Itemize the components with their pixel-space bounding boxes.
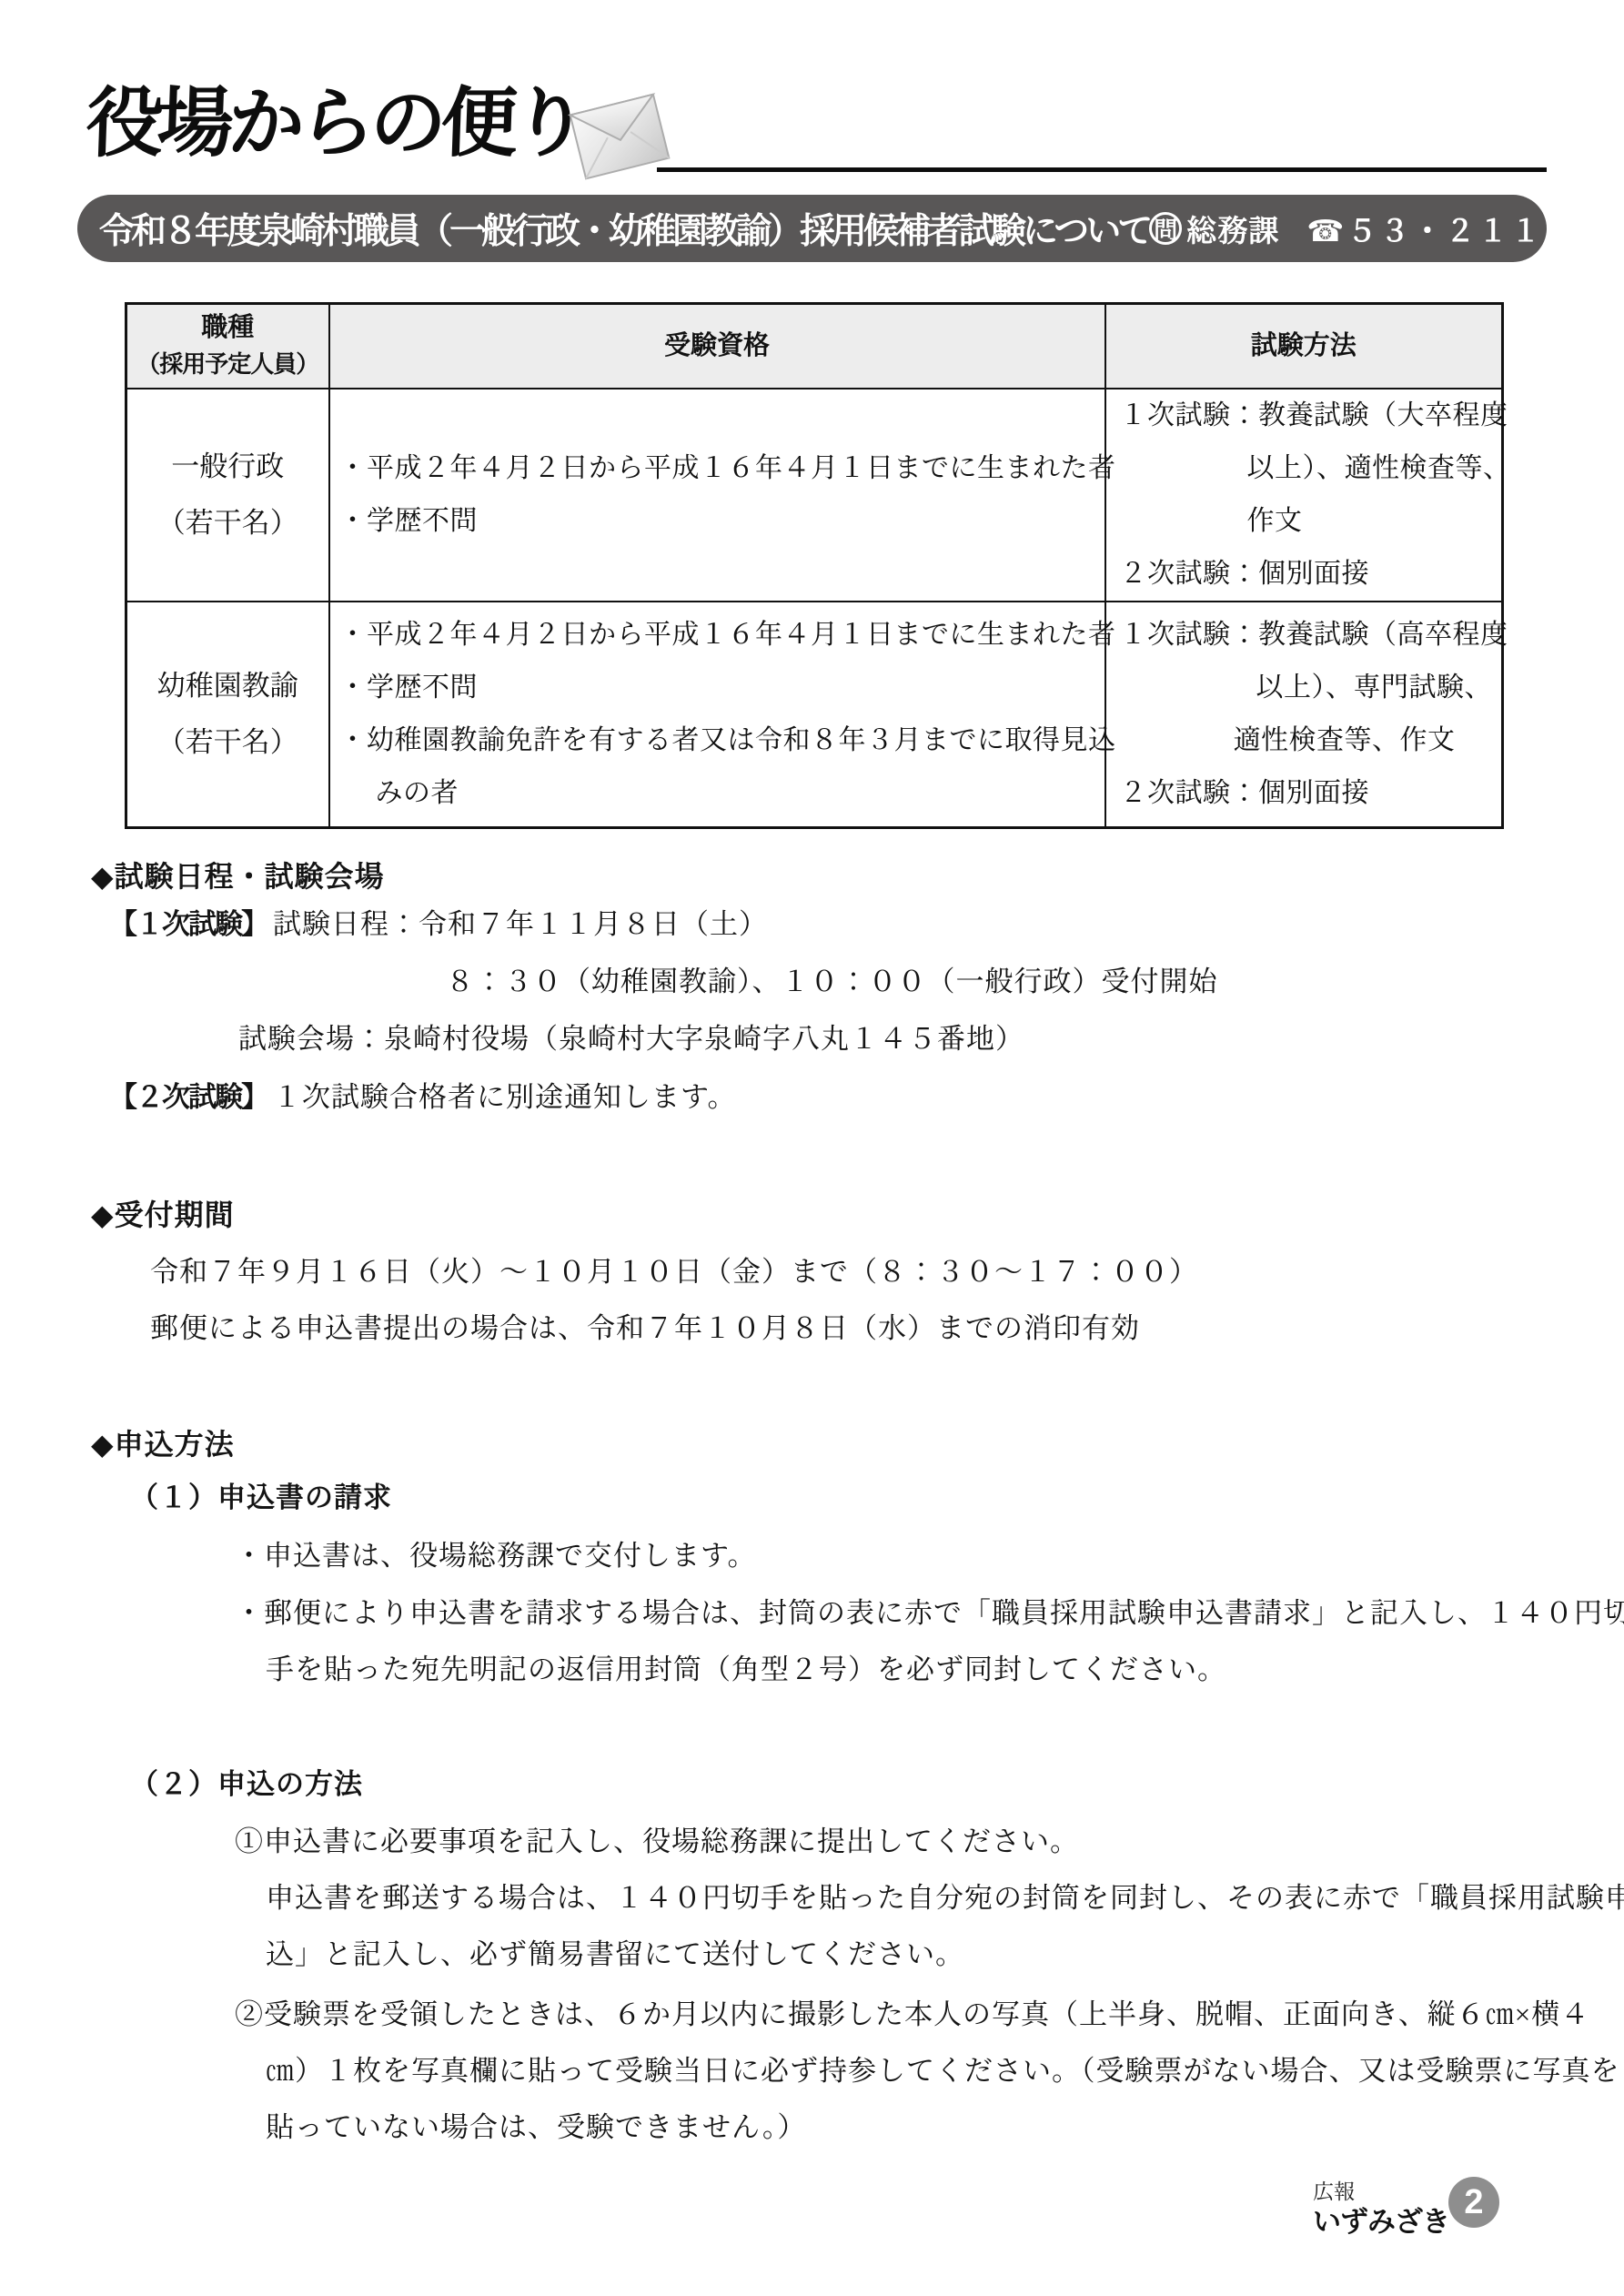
qualification-cell: ・平成２年４月２日から平成１６年４月１日までに生まれた者 ・学歴不問 ・幼稚園教…: [329, 602, 1105, 828]
application-heading: ◆申込方法: [91, 1421, 235, 1463]
masthead-underline: [657, 167, 1547, 172]
job-cell-general: 一般行政 （若干名）: [126, 389, 329, 602]
qualification-cell: ・平成２年４月２日から平成１６年４月１日までに生まれた者 ・学歴不問: [329, 389, 1105, 602]
method-line: 以上）、専門試験、: [1120, 662, 1502, 714]
qualification-line: ・幼稚園教諭免許を有する者又は令和８年３月までに取得見込: [339, 714, 1105, 767]
qualification-line: ・平成２年４月２日から平成１６年４月１日までに生まれた者: [339, 442, 1105, 495]
table-row: 一般行政 （若干名） ・平成２年４月２日から平成１６年４月１日までに生まれた者 …: [126, 389, 1503, 602]
request-line: ・申込書は、役場総務課で交付します。: [235, 1532, 757, 1573]
article-title-bar: 令和８年度泉崎村職員（一般行政・幼稚園教諭）採用候補者試験について 問 総務課 …: [77, 195, 1547, 262]
method-cell: １次試験：教養試験（大卒程度 以上）、適性検査等、 作文 ２次試験：個別面接: [1105, 389, 1503, 602]
job-cell-kindergarten: 幼稚園教諭 （若干名）: [126, 602, 329, 828]
qualification-line: みの者: [339, 767, 1105, 820]
schedule-first-exam: 【１次試験】試験日程：令和７年１１月８日（土）: [109, 901, 768, 942]
method-line: 作文: [1120, 495, 1502, 548]
howto-line: 申込書を郵送する場合は、１４０円切手を貼った自分宛の封筒を同封し、その表に赤で「…: [266, 1875, 1624, 1916]
schedule-first-time: ８：３０（幼稚園教諭）、１０：００（一般行政）受付開始: [446, 958, 1218, 999]
howto-subheading: （２）申込の方法: [130, 1761, 363, 1802]
inquiry-mark-icon: 問: [1149, 212, 1182, 245]
howto-line: 込」と記入し、必ず簡易書留にて送付してください。: [266, 1931, 964, 1972]
reception-heading: ◆受付期間: [91, 1192, 235, 1234]
qualification-line: ・学歴不問: [339, 662, 1105, 714]
howto-line: 貼っていない場合は、受験できません。）: [266, 2104, 806, 2145]
method-line: 適性検査等、作文: [1120, 714, 1502, 767]
job-title: 幼稚園教諭: [127, 658, 328, 714]
header-job-type-line1: 職種: [127, 309, 328, 346]
reception-postal-note: 郵便による申込書提出の場合は、令和７年１０月８日（水）までの消印有効: [150, 1305, 1140, 1346]
article-title: 令和８年度泉崎村職員（一般行政・幼稚園教諭）採用候補者試験について: [99, 203, 1149, 254]
schedule-venue: 試験会場：泉崎村役場（泉崎村大字泉崎字八丸１４５番地）: [238, 1016, 1024, 1057]
masthead-title: 役場からの便り: [85, 62, 585, 172]
method-line: １次試験：教養試験（大卒程度: [1120, 389, 1502, 442]
howto-line: ②受験票を受領したときは、６か月以内に撮影した本人の写真（上半身、脱帽、正面向き…: [235, 1991, 1589, 2032]
job-headcount: （若干名）: [127, 714, 328, 771]
header-qualifications: 受験資格: [329, 304, 1105, 389]
qualification-line: ・学歴不問: [339, 495, 1105, 548]
inquiry-department: 総務課: [1186, 207, 1279, 250]
recruitment-table: 職種 （採用予定人員） 受験資格 試験方法 一般行政 （若干名） ・平成２年４月…: [125, 302, 1504, 829]
howto-line: ①申込書に必要事項を記入し、役場総務課に提出してください。: [235, 1818, 1079, 1859]
first-exam-label: 【１次試験】: [109, 908, 267, 940]
newsletter-page: 役場からの便り 令和８年度泉崎村職員（一般行政・幼稚園教諭）採用候補者試験につい…: [0, 0, 1624, 2296]
schedule-heading: ◆試験日程・試験会場: [91, 854, 385, 895]
method-line: ２次試験：個別面接: [1120, 548, 1502, 601]
reception-period: 令和７年９月１６日（火）～１０月１０日（金）まで（８：３０～１７：００）: [150, 1249, 1198, 1290]
method-line: ２次試験：個別面接: [1120, 767, 1502, 820]
howto-line: ㎝）１枚を写真欄に貼って受験当日に必ず持参してください。（受験票がない場合、又は…: [266, 2048, 1620, 2089]
method-cell: １次試験：教養試験（高卒程度 以上）、専門試験、 適性検査等、作文 ２次試験：個…: [1105, 602, 1503, 828]
header-job-type-line2: （採用予定人員）: [127, 346, 328, 382]
schedule-second-exam: 【２次試験】１次試験合格者に別途通知します。: [109, 1074, 737, 1115]
footer-publication-name: いずみざき: [1313, 2199, 1449, 2240]
table-header-row: 職種 （採用予定人員） 受験資格 試験方法: [126, 304, 1503, 389]
header-job-type: 職種 （採用予定人員）: [126, 304, 329, 389]
second-exam-note: １次試験合格者に別途通知します。: [273, 1081, 737, 1113]
first-exam-date: 試験日程：令和７年１１月８日（土）: [273, 908, 768, 940]
method-line: １次試験：教養試験（高卒程度: [1120, 609, 1502, 662]
request-line: ・郵便により申込書を請求する場合は、封筒の表に赤で「職員採用試験申込書請求」と記…: [235, 1590, 1624, 1631]
qualification-line: ・平成２年４月２日から平成１６年４月１日までに生まれた者: [339, 609, 1105, 662]
phone-number: ☎５３・２１１１: [1306, 207, 1576, 250]
job-headcount: （若干名）: [127, 495, 328, 551]
table-row: 幼稚園教諭 （若干名） ・平成２年４月２日から平成１６年４月１日までに生まれた者…: [126, 602, 1503, 828]
header-exam-method: 試験方法: [1105, 304, 1503, 389]
second-exam-label: 【２次試験】: [109, 1081, 267, 1113]
job-title: 一般行政: [127, 439, 328, 495]
method-line: 以上）、適性検査等、: [1120, 442, 1502, 495]
contact-info: 問 総務課 ☎５３・２１１１: [1149, 207, 1576, 250]
request-subheading: （１）申込書の請求: [130, 1474, 392, 1515]
page-number-badge: 2: [1448, 2177, 1499, 2228]
request-line: 手を貼った宛先明記の返信用封筒（角型２号）を必ず同封してください。: [266, 1646, 1226, 1687]
